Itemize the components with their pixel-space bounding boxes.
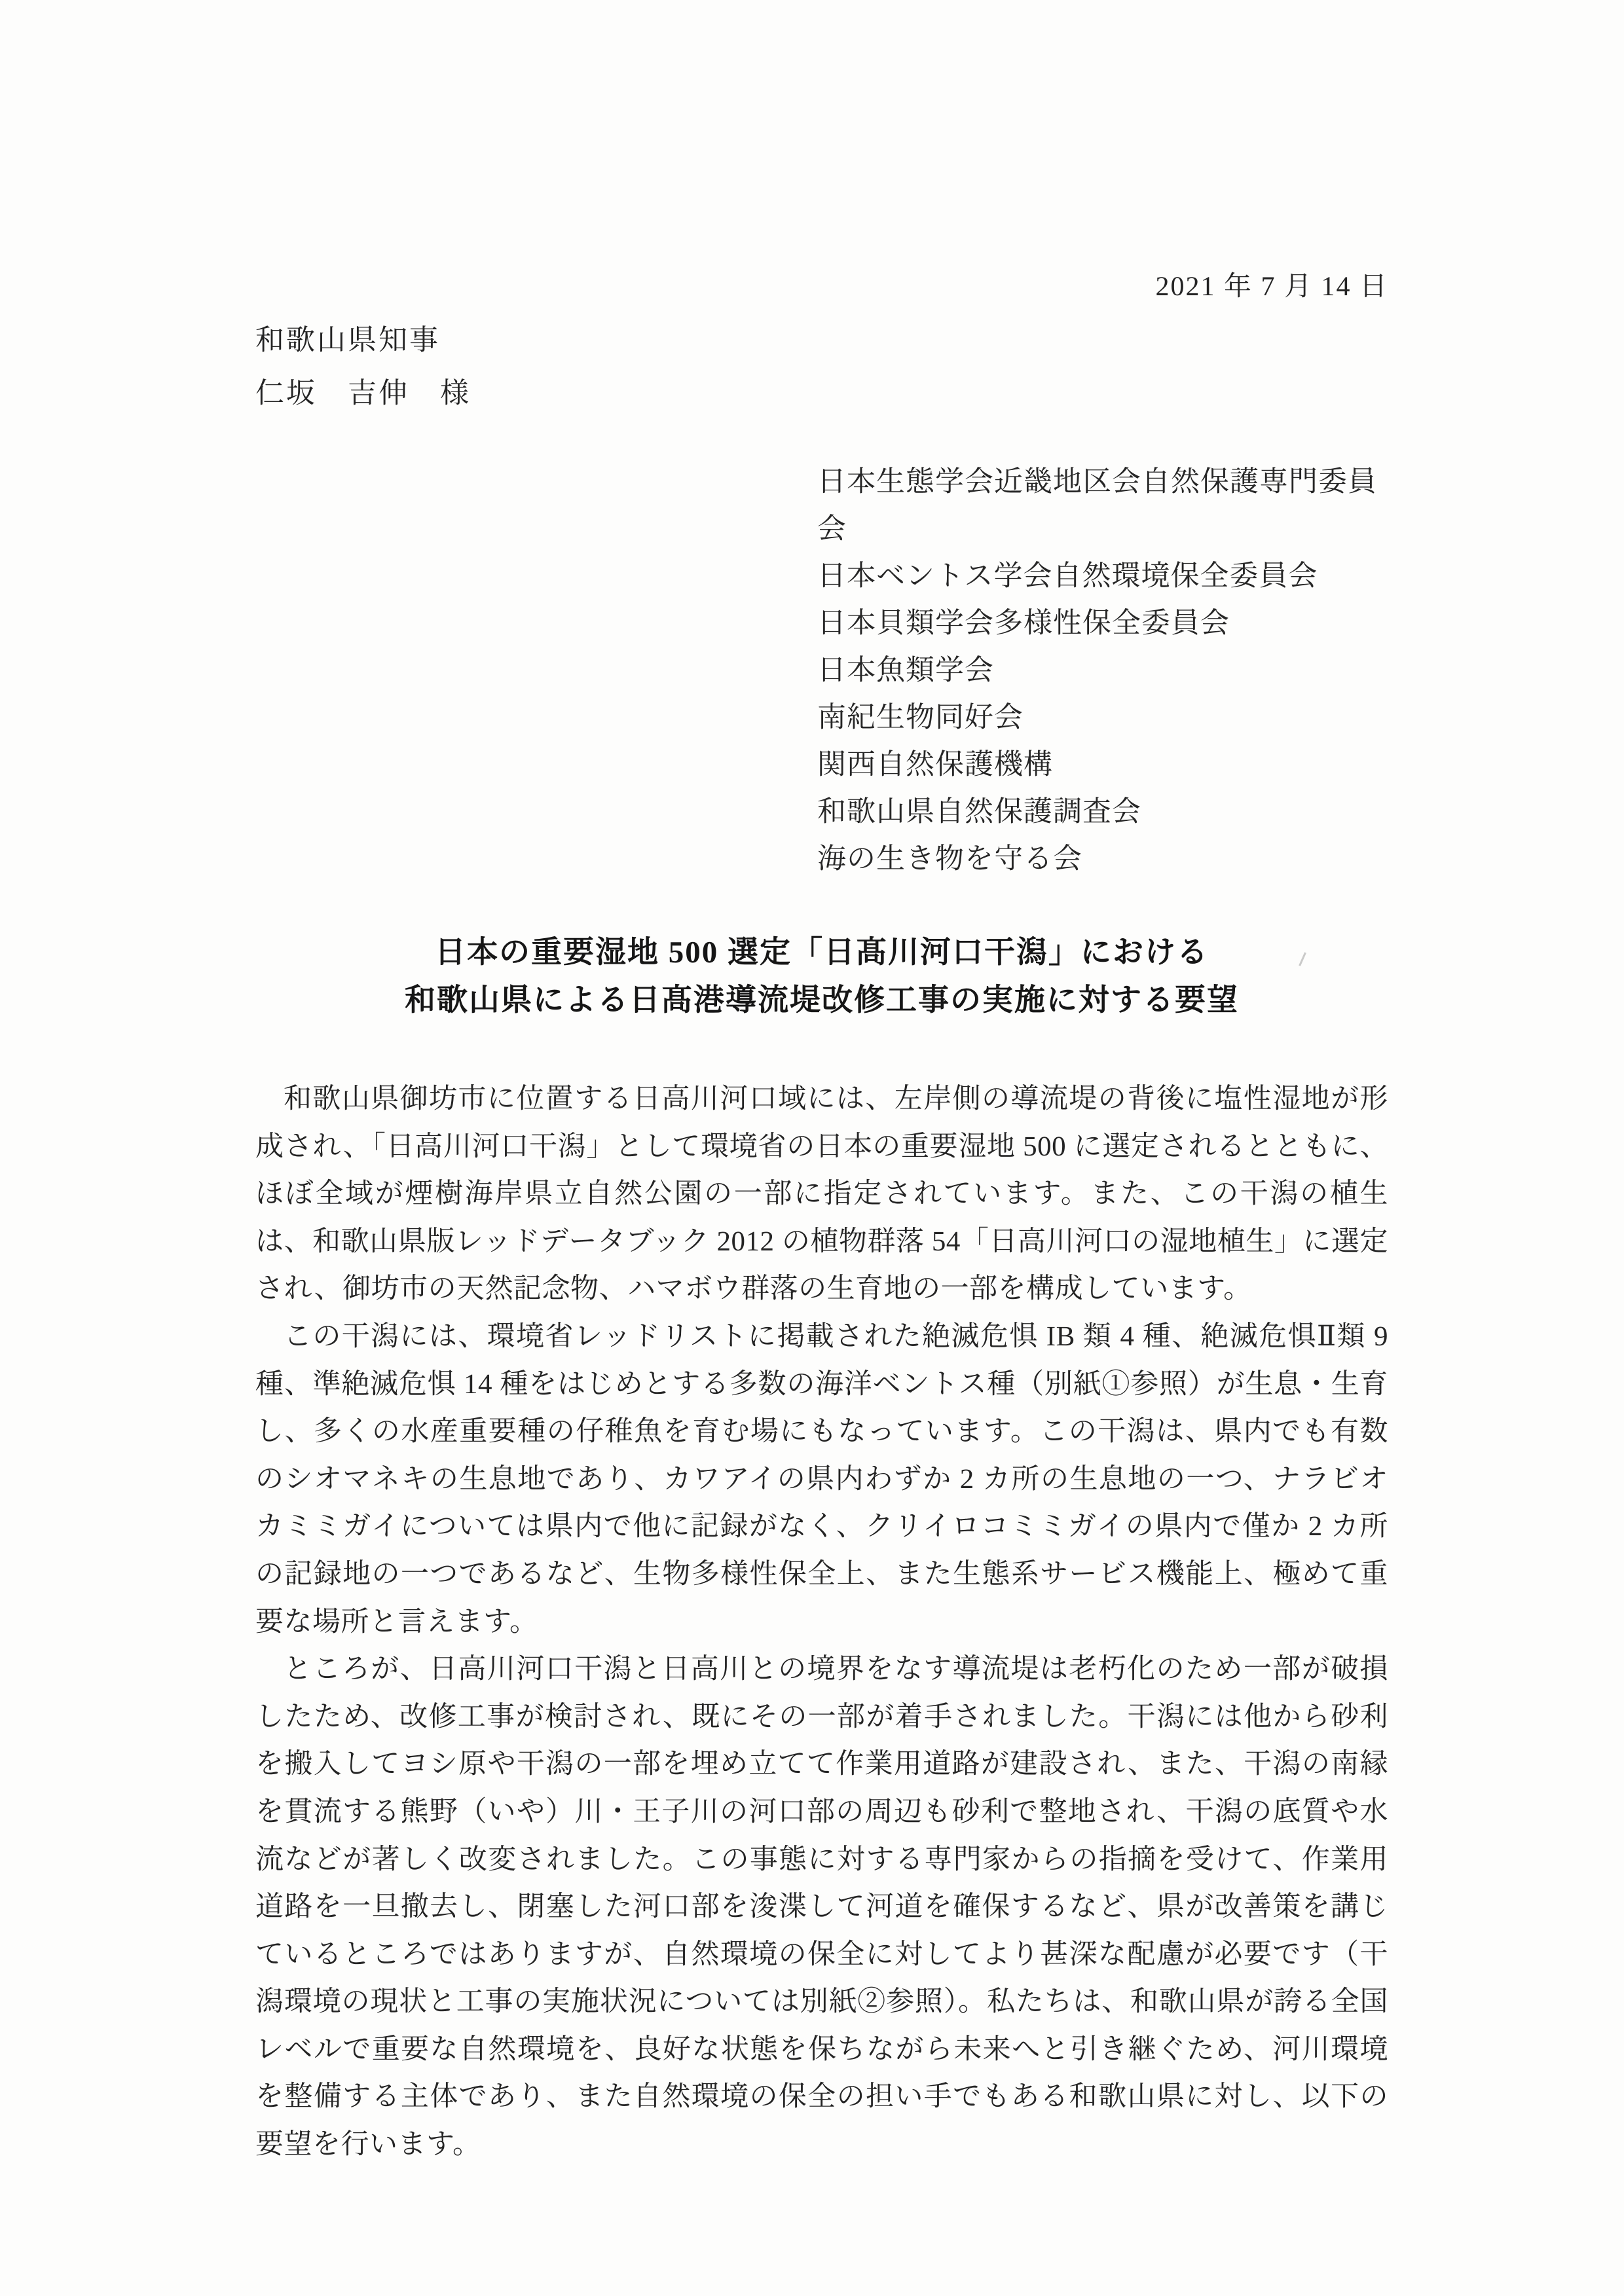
letter-content: 2021 年 7 月 14 日 和歌山県知事 仁坂 吉伸 様 日本生態学会近畿地…	[255, 0, 1388, 2169]
sender-item: 関西自然保護機構	[817, 741, 1388, 788]
letter-title: 日本の重要湿地 500 選定「日髙川河口干潟」における 和歌山県による日髙港導流…	[255, 929, 1388, 1025]
sender-item: 日本魚類学会	[817, 647, 1388, 694]
paragraph: 和歌山県御坊市に位置する日高川河口域には、左岸側の導流堤の背後に塩性湿地が形成さ…	[255, 1076, 1388, 1313]
sender-item: 海の生き物を守る会	[817, 835, 1388, 883]
paragraph: ところが、日高川河口干潟と日高川との境界をなす導流堤は老朽化のため一部が破損した…	[255, 1646, 1388, 2169]
sender-organizations: 日本生態学会近畿地区会自然保護専門委員会 日本ベントス学会自然環境保全委員会 日…	[817, 458, 1388, 883]
title-line-2: 和歌山県による日髙港導流堤改修工事の実施に対する要望	[255, 977, 1388, 1025]
recipient-office: 和歌山県知事	[255, 323, 1388, 357]
letter-body: 和歌山県御坊市に位置する日高川河口域には、左岸側の導流堤の背後に塩性湿地が形成さ…	[255, 1076, 1388, 2169]
sender-item: 和歌山県自然保護調査会	[817, 788, 1388, 835]
sender-item: 日本貝類学会多様性保全委員会	[817, 600, 1388, 647]
sender-item: 南紀生物同好会	[817, 694, 1388, 741]
sender-item: 日本生態学会近畿地区会自然保護専門委員会	[817, 458, 1388, 553]
letter-page: 2021 年 7 月 14 日 和歌山県知事 仁坂 吉伸 様 日本生態学会近畿地…	[0, 0, 1624, 2296]
title-line-1: 日本の重要湿地 500 選定「日髙川河口干潟」における	[255, 929, 1388, 977]
letter-date: 2021 年 7 月 14 日	[255, 270, 1388, 304]
sender-item: 日本ベントス学会自然環境保全委員会	[817, 553, 1388, 600]
paragraph: この干潟には、環境省レッドリストに掲載された絶滅危惧 IB 類 4 種、絶滅危惧…	[255, 1313, 1388, 1646]
recipient-name: 仁坂 吉伸 様	[255, 376, 1388, 410]
